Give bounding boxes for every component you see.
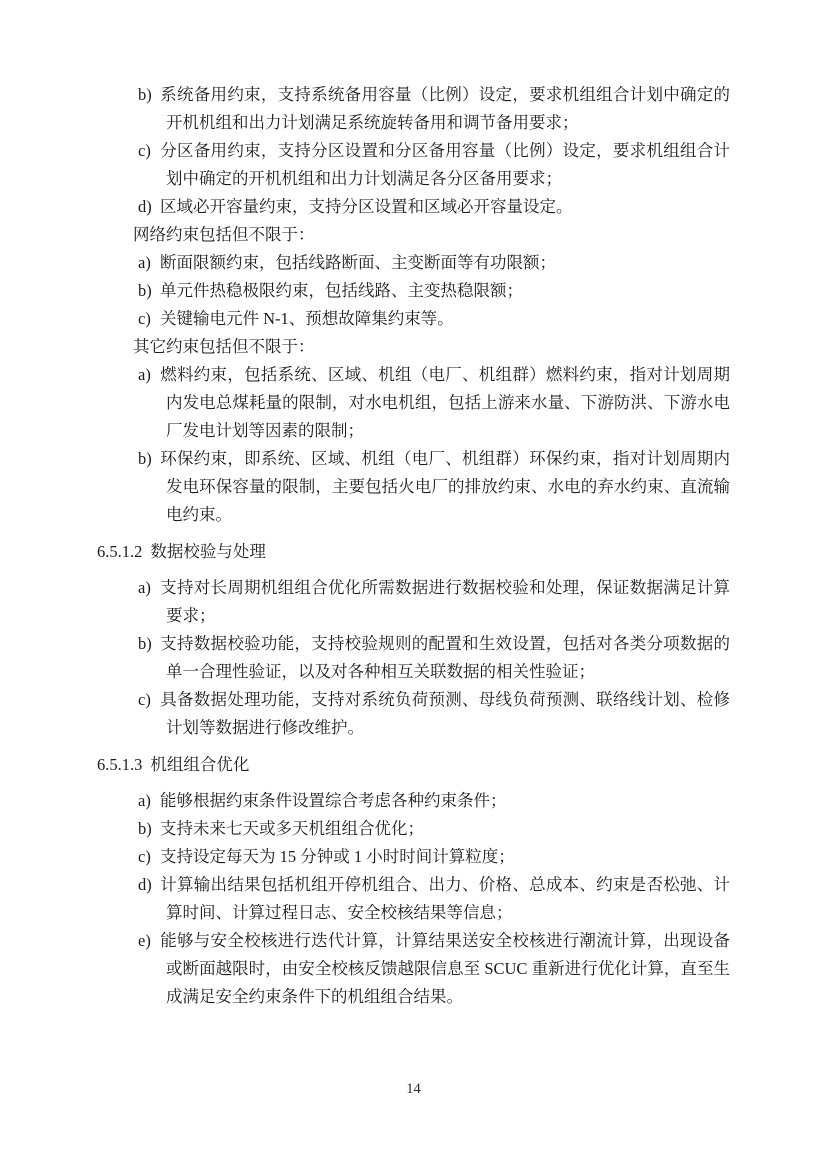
list-item-text: 关键输电元件 N-1、预想故障集约束等。 (160, 309, 454, 328)
list-marker: e) (138, 927, 160, 955)
list-item: a)能够根据约束条件设置综合考虑各种约束条件； (97, 787, 730, 815)
page-footer: 14 (0, 1079, 827, 1099)
list-marker: c) (138, 137, 160, 165)
list-item: c)关键输电元件 N-1、预想故障集约束等。 (97, 305, 730, 333)
list-item: e)能够与安全校核进行迭代计算，计算结果送安全校核进行潮流计算，出现设备或断面越… (97, 927, 730, 1011)
list-item: c)分区备用约束，支持分区设置和分区备用容量（比例）设定，要求机组组合计划中确定… (97, 137, 730, 193)
list-item-text: 系统备用约束，支持系统备用容量（比例）设定，要求机组组合计划中确定的开机机组和出… (160, 85, 730, 132)
list-item: a)燃料约束，包括系统、区域、机组（电厂、机组群）燃料约束，指对计划周期内发电总… (97, 361, 730, 445)
section-number: 6.5.1.2 (97, 538, 142, 566)
list-item-text: 燃料约束，包括系统、区域、机组（电厂、机组群）燃料约束，指对计划周期内发电总煤耗… (160, 365, 730, 440)
list-item: c)支持设定每天为 15 分钟或 1 小时时间计算粒度； (97, 843, 730, 871)
document-page: b)系统备用约束，支持系统备用容量（比例）设定，要求机组组合计划中确定的开机机组… (0, 0, 827, 1169)
list-item-text: 能够根据约束条件设置综合考虑各种约束条件； (160, 791, 507, 810)
list-marker: a) (138, 787, 160, 815)
list-marker: a) (138, 361, 160, 389)
list-item-text: 单元件热稳极限约束，包括线路、主变热稳限额； (160, 281, 523, 300)
list-marker: b) (138, 277, 160, 305)
section-heading: 6.5.1.3机组组合优化 (97, 751, 730, 779)
list-marker: d) (138, 871, 160, 899)
section-title: 数据校验与处理 (150, 542, 266, 561)
list-marker: c) (138, 305, 160, 333)
list-item: d)区域必开容量约束，支持分区设置和区域必开容量设定。 (97, 193, 730, 221)
list-marker: c) (138, 686, 160, 714)
list-item-text: 断面限额约束，包括线路断面、主变断面等有功限额； (160, 253, 556, 272)
section-title: 机组组合优化 (150, 755, 249, 774)
list-marker: b) (138, 445, 160, 473)
list-item: b)支持未来七天或多天机组组合优化； (97, 815, 730, 843)
paragraph-lead: 网络约束包括但不限于： (133, 221, 730, 249)
list-item-text: 能够与安全校核进行迭代计算，计算结果送安全校核进行潮流计算，出现设备或断面越限时… (160, 931, 730, 1006)
list-item: b)支持数据校验功能，支持校验规则的配置和生效设置，包括对各类分项数据的单一合理… (97, 630, 730, 686)
list-marker: a) (138, 249, 160, 277)
paragraph-lead: 其它约束包括但不限于： (133, 333, 730, 361)
list-item-text: 计算输出结果包括机组开停机组合、出力、价格、总成本、约束是否松弛、计算时间、计算… (160, 875, 730, 922)
list-item-text: 环保约束，即系统、区域、机组（电厂、机组群）环保约束，指对计划周期内发电环保容量… (160, 449, 730, 524)
list-item: b)单元件热稳极限约束，包括线路、主变热稳限额； (97, 277, 730, 305)
page-content: b)系统备用约束，支持系统备用容量（比例）设定，要求机组组合计划中确定的开机机组… (97, 81, 730, 1011)
list-item: a)支持对长周期机组组合优化所需数据进行数据校验和处理，保证数据满足计算要求； (97, 574, 730, 630)
section-number: 6.5.1.3 (97, 751, 142, 779)
list-item: c)具备数据处理功能，支持对系统负荷预测、母线负荷预测、联络线计划、检修计划等数… (97, 686, 730, 742)
list-item: d)计算输出结果包括机组开停机组合、出力、价格、总成本、约束是否松弛、计算时间、… (97, 871, 730, 927)
list-item: b)系统备用约束，支持系统备用容量（比例）设定，要求机组组合计划中确定的开机机组… (97, 81, 730, 137)
list-item-text: 支持设定每天为 15 分钟或 1 小时时间计算粒度； (160, 847, 515, 866)
list-item-text: 区域必开容量约束，支持分区设置和区域必开容量设定。 (160, 197, 573, 216)
list-marker: d) (138, 193, 160, 221)
list-marker: a) (138, 574, 160, 602)
list-item-text: 支持未来七天或多天机组组合优化； (160, 819, 424, 838)
list-item-text: 支持对长周期机组组合优化所需数据进行数据校验和处理，保证数据满足计算要求； (160, 578, 730, 625)
list-item: b)环保约束，即系统、区域、机组（电厂、机组群）环保约束，指对计划周期内发电环保… (97, 445, 730, 529)
list-item: a)断面限额约束，包括线路断面、主变断面等有功限额； (97, 249, 730, 277)
list-marker: b) (138, 81, 160, 109)
list-item-text: 支持数据校验功能，支持校验规则的配置和生效设置，包括对各类分项数据的单一合理性验… (160, 634, 730, 681)
list-item-text: 分区备用约束，支持分区设置和分区备用容量（比例）设定，要求机组组合计划中确定的开… (160, 141, 730, 188)
list-marker: b) (138, 630, 160, 658)
list-marker: b) (138, 815, 160, 843)
list-item-text: 具备数据处理功能，支持对系统负荷预测、母线负荷预测、联络线计划、检修计划等数据进… (160, 690, 730, 737)
page-number: 14 (406, 1081, 421, 1097)
list-marker: c) (138, 843, 160, 871)
section-heading: 6.5.1.2数据校验与处理 (97, 538, 730, 566)
